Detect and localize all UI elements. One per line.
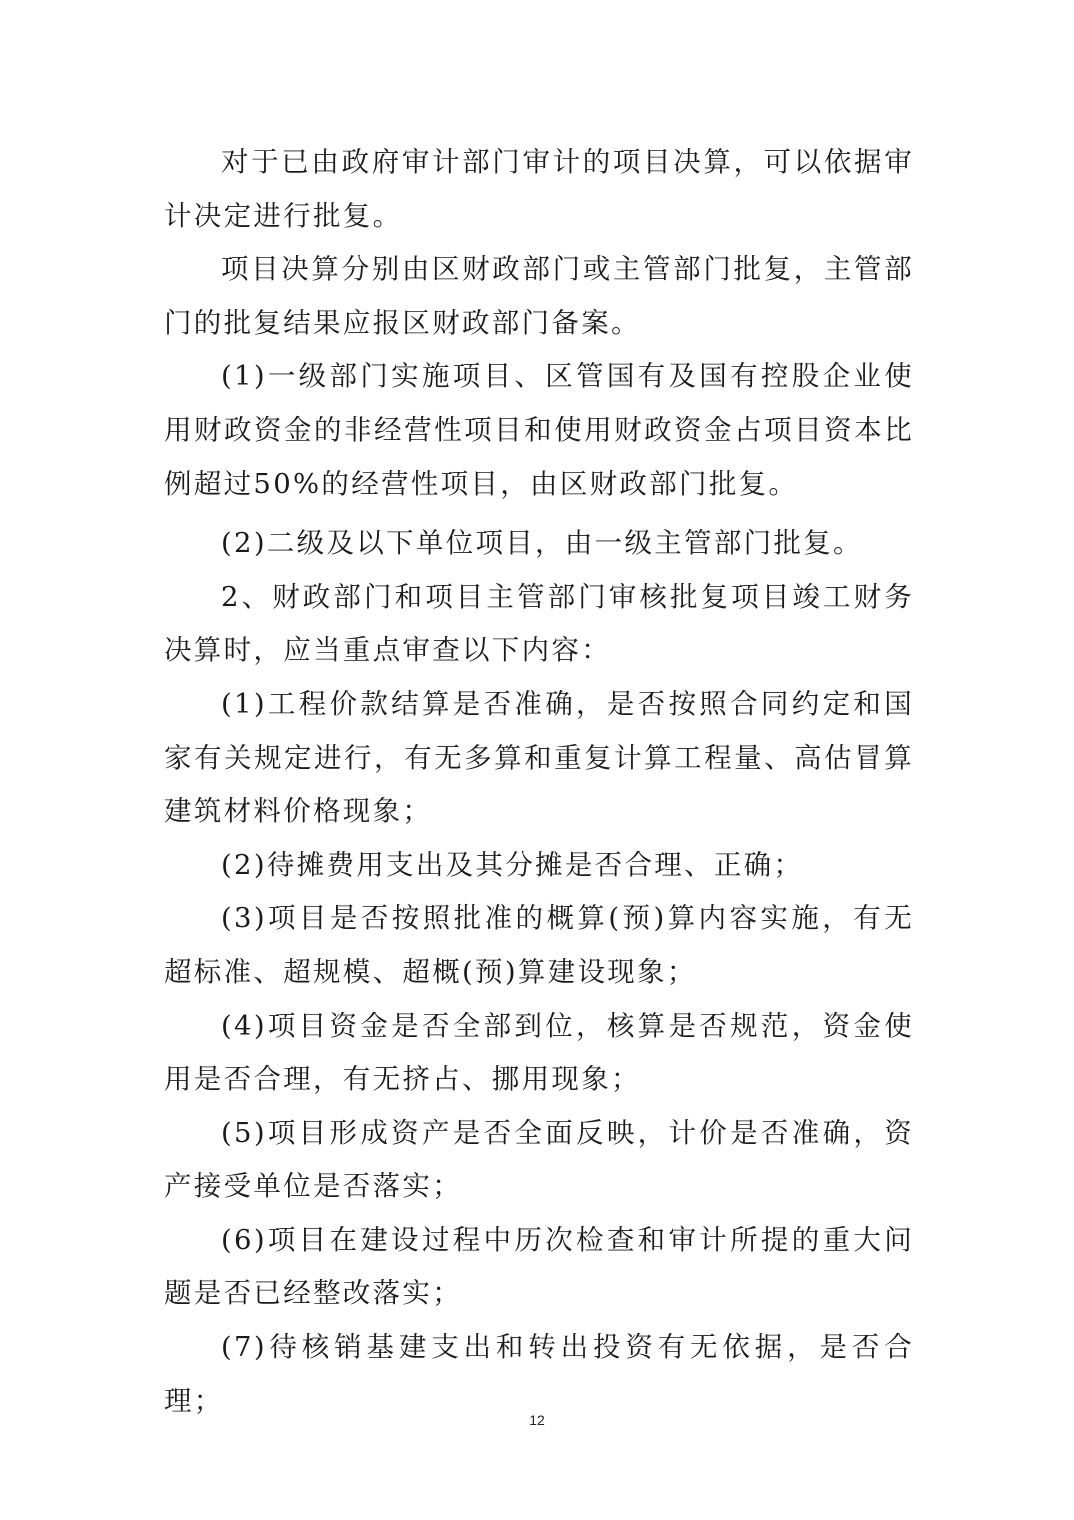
- paragraph-section-2-review: 2、财政部门和项目主管部门审核批复项目竣工财务决算时，应当重点审查以下内容：: [164, 571, 914, 678]
- paragraph-review-item-2: (2)待摊费用支出及其分摊是否合理、正确；: [164, 839, 914, 893]
- paragraph-item-2-dept-approval: (2)二级及以下单位项目，由一级主管部门批复。: [164, 517, 914, 571]
- paragraph-review-item-3: (3)项目是否按照批准的概算(预)算内容实施，有无超标准、超规模、超概(预)算建…: [164, 892, 914, 999]
- paragraph-item-1-finance-approval: (1)一级部门实施项目、区管国有及国有控股企业使用财政资金的非经营性项目和使用财…: [164, 350, 914, 511]
- paragraph-approval-authority: 项目决算分别由区财政部门或主管部门批复，主管部门的批复结果应报区财政部门备案。: [164, 243, 914, 350]
- document-page: 对于已由政府审计部门审计的项目决算，可以依据审计决定进行批复。 项目决算分别由区…: [0, 0, 1074, 1520]
- paragraph-audit-basis: 对于已由政府审计部门审计的项目决算，可以依据审计决定进行批复。: [164, 136, 914, 243]
- page-number: 12: [0, 1412, 1074, 1428]
- paragraph-review-item-6: (6)项目在建设过程中历次检查和审计所提的重大问题是否已经整改落实；: [164, 1214, 914, 1321]
- paragraph-review-item-1: (1)工程价款结算是否准确，是否按照合同约定和国家有关规定进行，有无多算和重复计…: [164, 678, 914, 839]
- paragraph-review-item-4: (4)项目资金是否全部到位，核算是否规范，资金使用是否合理，有无挤占、挪用现象；: [164, 1000, 914, 1107]
- body-text: 对于已由政府审计部门审计的项目决算，可以依据审计决定进行批复。 项目决算分别由区…: [164, 136, 914, 1428]
- paragraph-review-item-5: (5)项目形成资产是否全面反映，计价是否准确，资产接受单位是否落实；: [164, 1107, 914, 1214]
